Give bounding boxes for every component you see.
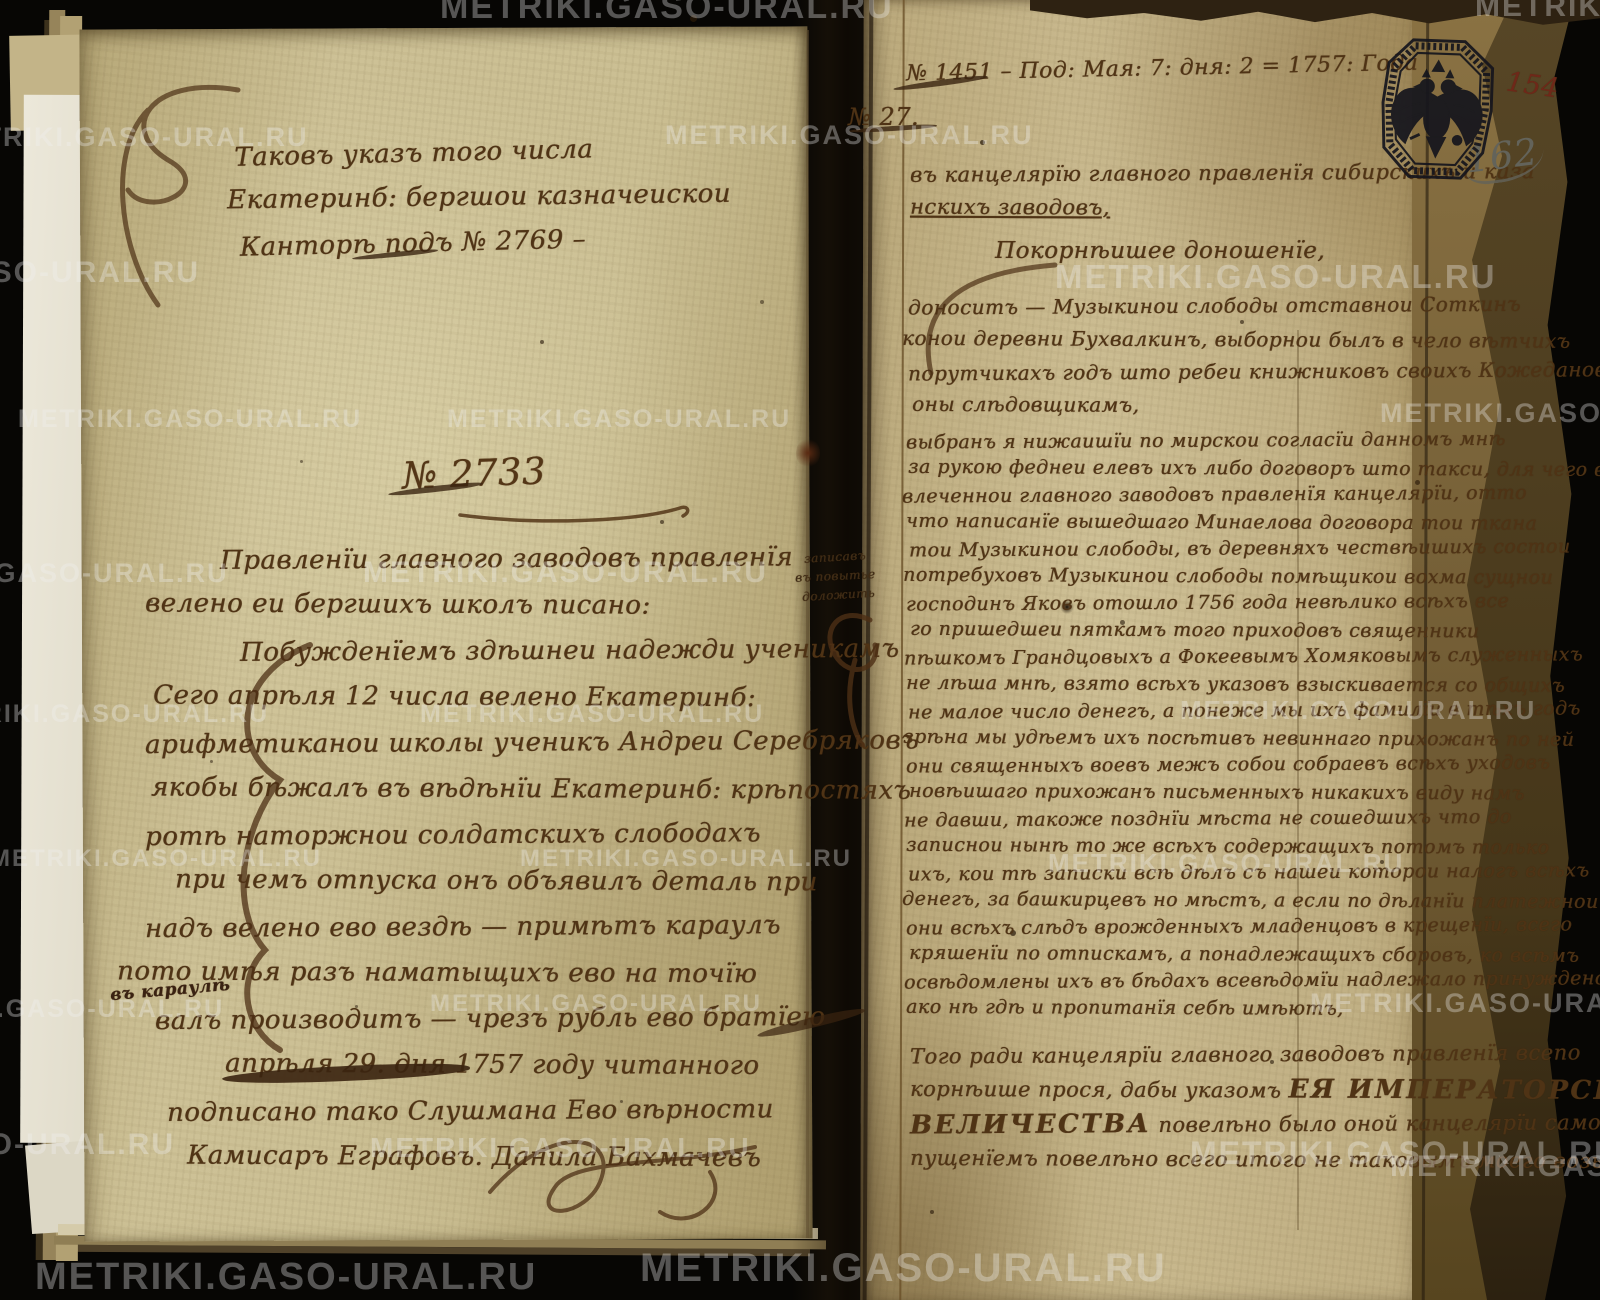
- text-line: не лѣша мнѣ, взято всѣхъ указовъ взыскив…: [906, 670, 1416, 699]
- paper-stain: [796, 438, 820, 468]
- petition-paragraph-2: выбранъ я нижаишїи по мирскои согласїи д…: [906, 428, 1416, 1022]
- paper-speck: [980, 140, 985, 145]
- text-line: ако нѣ гдѣ и пропитанїя себѣ имѣютъ,: [906, 994, 1416, 1023]
- text-line: пущенїемъ повелѣно всего итого не таковы…: [910, 1141, 1415, 1177]
- text-line: ихъ, кои тѣ записки всѣ дѣлъ съ нашеи ко…: [908, 858, 1416, 888]
- text-line: кряшенїи по отпискамъ, а понадлежащихъ с…: [909, 940, 1416, 969]
- text-line: господинъ Яковъ отошло 1756 года невѣлик…: [906, 588, 1416, 618]
- paper-speck: [760, 300, 764, 304]
- text-line: Того ради канцелярїи главного заводовъ п…: [910, 1036, 1415, 1073]
- double-headed-eagle-seal-stamp: [1375, 34, 1498, 184]
- gutter-flourish: [800, 600, 910, 750]
- text-line: тои Музыкинои слободы, въ деревняхъ чест…: [909, 534, 1416, 564]
- text-line: они священныхъ воевъ межъ собои собраевъ…: [906, 750, 1416, 780]
- archival-manuscript-scan: { "watermark": { "text": "METRIKI.GASO-U…: [0, 0, 1600, 1300]
- text-line: влеченнои главного заводовъ правленїя ка…: [902, 480, 1416, 510]
- paper-speck: [930, 1210, 934, 1214]
- text-line: потребуховъ Музыкинои слободы помѣщикои …: [903, 562, 1416, 591]
- left-page-heading: Таковъ указъ того числаЕкатеринб: бергшо…: [234, 126, 732, 270]
- text-line: нскихъ заводовъ,: [910, 190, 1535, 228]
- text-line: новѣишаго прихожанъ письменныхъ никакихъ…: [909, 778, 1416, 807]
- text-line: они всѣхъ слѣдъ врожденныхъ младенцовъ в…: [906, 912, 1416, 942]
- signature-flourish: [470, 1112, 770, 1242]
- text-line: что написанїе вышедшаго Минаелова догово…: [906, 508, 1416, 537]
- underline-flourish: [455, 500, 695, 530]
- text-line: записнои нынѣ то же всѣхъ содержащихъ по…: [906, 832, 1416, 861]
- text-line: денегъ, за башкирцевъ но мѣстъ, а если п…: [902, 886, 1416, 915]
- petition-paragraph-3: Того ради канцелярїи главного заводовъ п…: [910, 1038, 1415, 1176]
- paper-speck: [540, 340, 544, 344]
- clerk-gutter-note: записавъвъ повытьедоложить: [794, 546, 877, 607]
- text-line: пѣшкомъ Грандцовыхъ а Фокеевымъ Хомяковы…: [904, 642, 1416, 672]
- imperial-formula: ВЕЛИЧЕСТВА: [910, 1109, 1151, 1140]
- text-line: зрѣна мы удѣемъ ихъ посѣтивъ невиннаго п…: [903, 724, 1416, 753]
- text-line: освѣдомлены ихъ въ бѣдахъ всевѣдомїи над…: [904, 966, 1416, 996]
- text-line: ВЕЛИЧЕСТВА повелѣно было оной канцелярїи…: [910, 1105, 1415, 1143]
- text-line: корнѣише прося, дабы указомъ ЕЯ ИМПЕРАТО…: [910, 1071, 1415, 1108]
- text-line: не малое число денегъ, а понеже мы ихъ ф…: [908, 696, 1416, 726]
- text-line: Правленїи главного заводовъ правленїя: [220, 534, 835, 584]
- pen-flourish: [225, 630, 335, 1060]
- paper-speck: [300, 460, 303, 463]
- text-line: оны слѣдовщикамъ,: [912, 388, 1413, 423]
- text-line: за рукою феднеи елевъ ихъ либо договоръ …: [908, 454, 1416, 483]
- pen-flourish: [88, 70, 278, 320]
- text-line: не давши, такоже позднїи мѣста не сошедш…: [904, 804, 1416, 834]
- watermark-text: METRIKI.GASO-URAL.RU: [35, 1256, 537, 1299]
- imperial-formula: ЕЯ ИМПЕРАТОРСКАГО: [1288, 1075, 1600, 1107]
- text-line: го пришедшеи пяткамъ того приходовъ свящ…: [910, 616, 1416, 645]
- text-line: велено еи бергшихъ школъ писано:: [145, 580, 835, 629]
- pen-flourish: [895, 255, 1075, 385]
- text-line: выбранъ я нижаишїи по мирскои согласїи д…: [906, 426, 1416, 456]
- paper-speck: [690, 15, 697, 22]
